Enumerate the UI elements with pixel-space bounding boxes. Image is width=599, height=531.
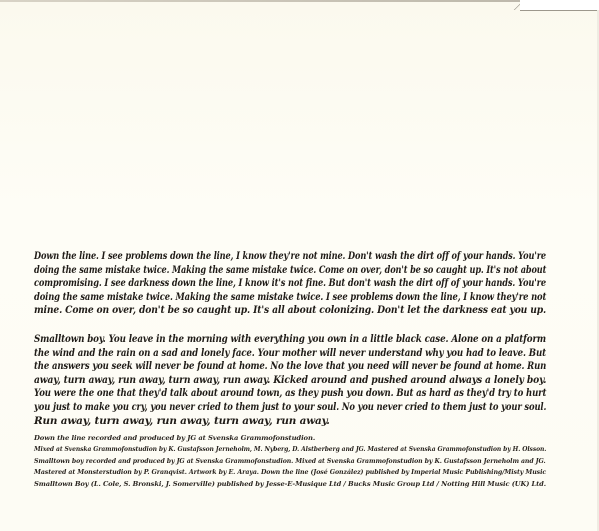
case-slot — [520, 0, 599, 11]
credit-line: Mixed at Svenska Grammofonstudion by K. … — [34, 444, 546, 455]
credit-line: Smalltown Boy (L. Cole, S. Bronski, J. S… — [34, 479, 546, 490]
booklet-page: Down the line. I see problems down the l… — [0, 0, 599, 531]
lyric-line: doing the same mistake twice. Making the… — [34, 264, 546, 278]
credit-line: Smalltown boy recorded and produced by J… — [34, 456, 546, 467]
lyrics-smalltown-boy: Smalltown boy. You leave in the morning … — [34, 333, 546, 428]
lyric-line: Down the line. I see problems down the l… — [34, 250, 546, 264]
credit-line: Down the line recorded and produced by J… — [34, 433, 315, 444]
lyric-line: You were the one that they'd talk about … — [34, 387, 546, 401]
lyric-line: Run away, turn away, run away, turn away… — [34, 415, 330, 429]
lyric-line: the wind and the rain on a sad and lonel… — [34, 347, 546, 361]
lyric-line: mine. Come on over, don't be so caught u… — [34, 304, 546, 318]
lyric-line: Smalltown boy. You leave in the morning … — [34, 333, 546, 347]
lyric-line: you just to make you cry, you never crie… — [34, 401, 546, 415]
credit-line: Mastered at Monsterstudion by P. Granqvi… — [34, 467, 546, 478]
lyrics-down-the-line: Down the line. I see problems down the l… — [34, 250, 546, 318]
production-credits: Down the line recorded and produced by J… — [34, 433, 546, 490]
lyric-line: doing the same mistake twice. Making the… — [34, 291, 546, 305]
lyric-line: away, turn away, run away, turn away, ru… — [34, 374, 546, 388]
lyric-line: the answers you seek will never be found… — [34, 360, 546, 374]
page-top-edge — [0, 0, 520, 2]
lyric-line: compromising. I see darkness down the li… — [34, 277, 546, 291]
